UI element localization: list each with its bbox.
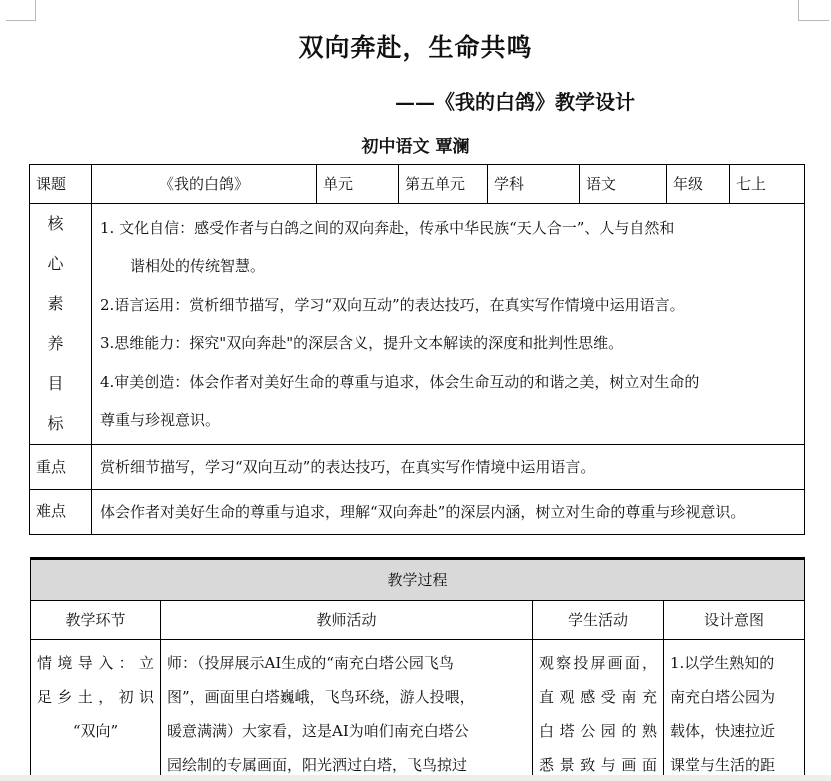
unit-value: 第五单元 [399, 165, 488, 204]
objective-item: 尊重与珍视意识。 [100, 401, 796, 440]
document-subtitle: ——《我的白鸽》教学设计 [395, 86, 635, 115]
key-point-row: 重点 赏析细节描写，学习“双向互动”的表达技巧，在真实写作情境中运用语言。 [30, 445, 805, 490]
process-title-row: 教学过程 [31, 559, 805, 601]
objectives-label-line: 目标 [36, 364, 85, 444]
objectives-label: 核 心 素 养 目标 [30, 204, 92, 445]
unit-label: 单元 [317, 165, 399, 204]
objective-item: 4.审美创造：体会作者对美好生命的尊重与追求，体会生命互动的和谐之美，树立对生命… [100, 363, 796, 402]
student-line: 白塔公园的熟 [539, 714, 657, 748]
teaching-process-table: 教学过程 教学环节 教师活动 学生活动 设计意图 情境导入：立 足乡土，初识 “… [30, 557, 805, 781]
info-row-basic: 课题 《我的白鸽》 单元 第五单元 学科 语文 年级 七上 [30, 165, 805, 204]
header-stage: 教学环节 [31, 601, 161, 640]
topic-label: 课题 [30, 165, 92, 204]
student-activity-cell: 观察投屏画面， 直观感受南充 白塔公园的熟 悉景致与画面 [533, 640, 664, 781]
header-student-activity: 学生活动 [533, 601, 664, 640]
difficulty-row: 难点 体会作者对美好生命的尊重与追求，理解“双向奔赴”的深层内涵，树立对生命的尊… [30, 490, 805, 535]
process-section-title: 教学过程 [31, 559, 805, 601]
viewport-bottom-edge [0, 775, 831, 781]
design-intent-cell: 1.以学生熟知的 南充白塔公园为 载体，快速拉近 课堂与生活的距 [664, 640, 805, 781]
subject-value: 语文 [580, 165, 667, 204]
difficulty-label: 难点 [30, 490, 92, 535]
teacher-line: 图”，画面里白塔巍峨，飞鸟环绕，游人投喂， [167, 680, 526, 714]
document-title: 双向奔赴，生命共鸣 [0, 28, 831, 64]
lesson-info-table: 课题 《我的白鸽》 单元 第五单元 学科 语文 年级 七上 核 心 素 养 目标… [29, 164, 805, 535]
process-header-row: 教学环节 教师活动 学生活动 设计意图 [31, 601, 805, 640]
page-corner-mark-left [6, 0, 36, 21]
teacher-line: 暖意满满）大家看，这是AI为咱们南充白塔公 [167, 714, 526, 748]
grade-label: 年级 [667, 165, 730, 204]
topic-value: 《我的白鸽》 [92, 165, 317, 204]
grade-value: 七上 [730, 165, 805, 204]
header-teacher-activity: 教师活动 [161, 601, 533, 640]
student-line: 直观感受南充 [539, 680, 657, 714]
header-design-intent: 设计意图 [664, 601, 805, 640]
teacher-line: 师：（投屏展示AI生成的“南充白塔公园飞鸟 [167, 646, 526, 680]
objective-item: 3.思维能力：探究"双向奔赴"的深层含义，提升文本解读的深度和批判性思维。 [100, 324, 796, 363]
design-line: 1.以学生熟知的 [670, 646, 798, 680]
stage-cell: 情境导入：立 足乡土，初识 “双向” [31, 640, 161, 781]
objectives-row: 核 心 素 养 目标 1. 文化自信：感受作者与白鸽之间的双向奔赴，传承中华民族… [30, 204, 805, 445]
difficulty-text: 体会作者对美好生命的尊重与追求，理解“双向奔赴”的深层内涵，树立对生命的尊重与珍… [92, 490, 805, 535]
design-line: 南充白塔公园为 [670, 680, 798, 714]
student-line: 观察投屏画面， [539, 646, 657, 680]
design-line: 载体，快速拉近 [670, 714, 798, 748]
objectives-label-line: 素 养 [36, 284, 85, 364]
stage-line: 足乡土，初识 [37, 680, 154, 714]
stage-line: “双向” [37, 714, 154, 748]
objective-item: 1. 文化自信：感受作者与白鸽之间的双向奔赴，传承中华民族“天人合一”、人与自然… [100, 209, 796, 248]
author-line: 初中语文 覃澜 [0, 132, 831, 157]
process-row: 情境导入：立 足乡土，初识 “双向” 师：（投屏展示AI生成的“南充白塔公园飞鸟… [31, 640, 805, 781]
stage-line: 情境导入：立 [37, 646, 154, 680]
objectives-content: 1. 文化自信：感受作者与白鸽之间的双向奔赴，传承中华民族“天人合一”、人与自然… [92, 204, 805, 445]
teacher-activity-cell: 师：（投屏展示AI生成的“南充白塔公园飞鸟 图”，画面里白塔巍峨，飞鸟环绕，游人… [161, 640, 533, 781]
objective-item: 2.语言运用：赏析细节描写，学习“双向互动”的表达技巧，在真实写作情境中运用语言… [100, 286, 796, 325]
objectives-label-line: 核 心 [36, 204, 85, 284]
key-point-label: 重点 [30, 445, 92, 490]
key-point-text: 赏析细节描写，学习“双向互动”的表达技巧，在真实写作情境中运用语言。 [92, 445, 805, 490]
objective-item: 谐相处的传统智慧。 [100, 247, 796, 286]
page-corner-mark-right [798, 0, 829, 21]
subject-label: 学科 [488, 165, 580, 204]
